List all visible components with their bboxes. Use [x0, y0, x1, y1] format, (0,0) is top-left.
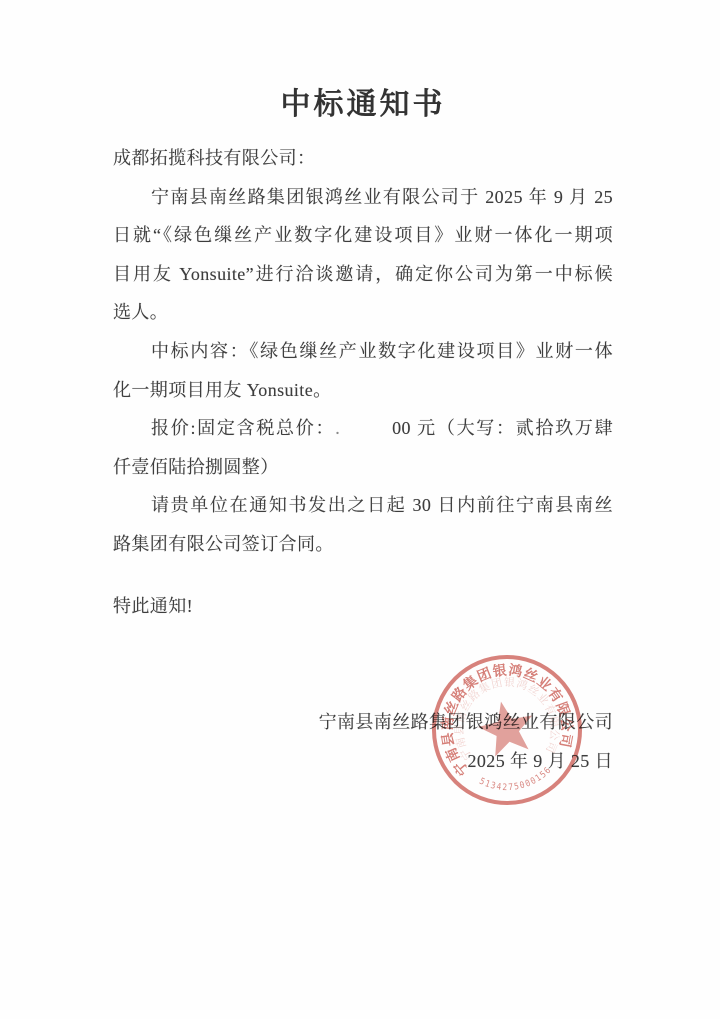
price-amount-tail: 00 元（大写：贰拾玖万肆 — [392, 418, 613, 438]
body-line-p1-l2: 日就“《绿色缫丝产业数字化建设项目》业财一体化一期项 — [113, 216, 613, 255]
price-erased-dot: . — [335, 418, 340, 438]
body-line-p3-l2: 仟壹佰陆拾捌圆整） — [113, 448, 613, 487]
price-line: 报价:固定含税总价：.00 元（大写：贰拾玖万肆 — [113, 409, 613, 448]
seal-star-icon — [474, 696, 539, 759]
company-seal-stamp: 宁南县南丝路集团银鸿丝业有限公司 宁南县南丝路集团银鸿丝业有限公司 513427… — [402, 625, 612, 835]
price-label: 报价:固定含税总价： — [151, 418, 335, 438]
body-line-p4-l1: 请贵单位在通知书发出之日起 30 日内前往宁南县南丝 — [113, 486, 613, 525]
document-title: 中标通知书 — [113, 86, 613, 124]
body-line-p4-l2: 路集团有限公司签订合同。 — [113, 525, 613, 564]
body-line-p2-l2: 化一期项目用友 Yonsuite。 — [113, 371, 613, 410]
salutation: 成都拓揽科技有限公司： — [113, 139, 613, 178]
scanned-document-page: 中标通知书 成都拓揽科技有限公司： 宁南县南丝路集团银鸿丝业有限公司于 2025… — [0, 0, 720, 1019]
closing-line: 特此通知! — [113, 587, 613, 626]
body-line-p1-l1: 宁南县南丝路集团银鸿丝业有限公司于 2025 年 9 月 25 — [113, 178, 613, 217]
body-line-p1-l4: 选人。 — [113, 293, 613, 332]
body-line-p2-l1: 中标内容：《绿色缫丝产业数字化建设项目》业财一体 — [113, 332, 613, 371]
body-line-p1-l3: 目用友 Yonsuite”进行洽谈邀请，确定你公司为第一中标候 — [113, 255, 613, 294]
